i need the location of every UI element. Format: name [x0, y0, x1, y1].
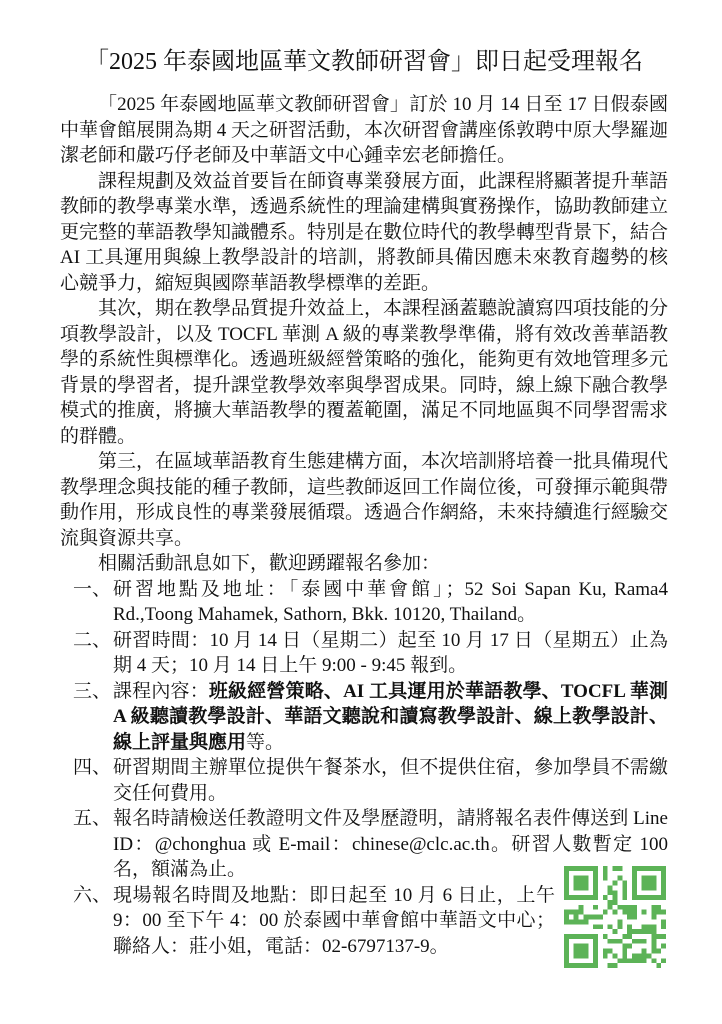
list-item-text-suffix: 等。 [246, 732, 284, 753]
list-item-text: 現場報名時間及地點：即日起至 10 月 6 日止，上午 9：00 至下午 4：0… [113, 885, 555, 957]
list-item-text: 研習地點及地址：「泰國中華會館」；52 Soi Sapan Ku, Rama4 … [113, 579, 668, 626]
registration-qr-code [564, 866, 666, 968]
list-item-text: 研習時間：10 月 14 日（星期二）起至 10 月 17 日（星期五）止為期 … [113, 630, 668, 677]
list-item-location: 一、研習地點及地址：「泰國中華會館」；52 Soi Sapan Ku, Rama… [73, 577, 668, 628]
paragraph-intro: 「2025 年泰國地區華文教師研習會」訂於 10 月 14 日至 17 日假泰國… [60, 92, 668, 169]
list-item-marker: 四、 [73, 755, 113, 781]
paragraph-benefit-1: 課程規劃及效益首要旨在師資專業發展方面，此課程將顯著提升華語教師的教學專業水準，… [60, 169, 668, 297]
announcement-page: 「2025 年泰國地區華文教師研習會」即日起受理報名 「2025 年泰國地區華文… [0, 0, 722, 1024]
list-item-marker: 六、 [73, 883, 113, 909]
list-item-text: 研習期間主辦單位提供午餐茶水，但不提供住宿，參加學員不需繳交任何費用。 [113, 757, 668, 804]
page-title: 「2025 年泰國地區華文教師研習會」即日起受理報名 [60, 46, 668, 78]
paragraph-benefit-2: 其次，期在教學品質提升效益上，本課程涵蓋聽說讀寫四項技能的分項教學設計，以及 T… [60, 296, 668, 449]
paragraph-benefit-3: 第三，在區域華語教育生態建構方面，本次培訓將培養一批具備現代教學理念與技能的種子… [60, 449, 668, 551]
list-item-marker: 五、 [73, 806, 113, 832]
paragraph-info-lead-in: 相關活動訊息如下，歡迎踴躍報名參加： [60, 551, 668, 577]
list-item-marker: 二、 [73, 628, 113, 654]
list-item-curriculum: 三、課程內容：班級經營策略、AI 工具運用於華語教學、TOCFL 華測 A 級聽… [73, 679, 668, 756]
list-item-dates: 二、研習時間：10 月 14 日（星期二）起至 10 月 17 日（星期五）止為… [73, 628, 668, 679]
list-item-marker: 一、 [73, 577, 113, 603]
document-body: 「2025 年泰國地區華文教師研習會」訂於 10 月 14 日至 17 日假泰國… [60, 92, 668, 959]
list-item-text-prefix: 課程內容： [113, 681, 209, 702]
list-item-meals: 四、研習期間主辦單位提供午餐茶水，但不提供住宿，參加學員不需繳交任何費用。 [73, 755, 668, 806]
list-item-marker: 三、 [73, 679, 113, 705]
